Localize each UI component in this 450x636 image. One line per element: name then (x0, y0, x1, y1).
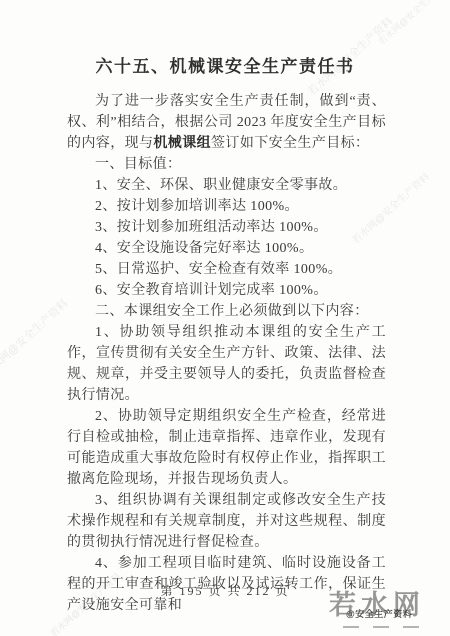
paragraph: 1、协助领导组织推动本课组的安全生产工作，宣传贯彻有关安全生产方针、政策、法律、… (67, 322, 386, 406)
diagonal-watermark: 若水网@安全生产资料 (0, 295, 71, 381)
text-segment: 2、按计划参加培训率达 100%。 (95, 199, 299, 214)
text-segment: 2、协助领导定期组织安全生产检查，经常进行自检或抽检，制止违章指挥、违章作业，发… (67, 409, 386, 487)
paragraph: 3、按计划参加班组活动率达 100%。 (67, 217, 386, 238)
text-segment: 3、按计划参加班组活动率达 100%。 (95, 220, 328, 235)
watermark-logo-dashes (343, 626, 419, 628)
bold-text-segment: 机械课组 (153, 136, 211, 151)
text-segment: 4、安全设施设备完好率达 100%。 (95, 241, 313, 256)
paragraph: 3、组织协调有关课组制定或修改安全生产技术操作规程和有关规章制度，并对这些规程、… (67, 490, 386, 553)
paragraph: 一、目标值： (67, 154, 386, 175)
text-segment: 1、安全、环保、职业健康安全零事故。 (95, 178, 347, 193)
paragraph: 5、日常巡护、安全检查有效率 100%。 (67, 259, 386, 280)
text-segment: 二、本课组安全工作上必须做到以下内容： (95, 304, 369, 319)
text-segment: 一、目标值： (95, 157, 181, 172)
document-page: 若水网@安全生产资料 若水网@安全生产资料 若水网@安全生产资料 若水网@安全生… (0, 0, 450, 636)
document-body: 为了进一步落实安全生产责任制，做到“责、权、利”相结合，根据公司 2023 年度… (67, 91, 386, 616)
paragraph: 4、安全设施设备完好率达 100%。 (67, 238, 386, 259)
page-title: 六十五、机械课安全生产责任书 (55, 52, 395, 77)
watermark-logo: 若水网 @安全生产资料 (329, 590, 447, 628)
paragraph: 二、本课组安全工作上必须做到以下内容： (67, 301, 386, 322)
text-segment: 签订如下安全生产目标： (211, 136, 369, 151)
text-segment: 3、组织协调有关课组制定或修改安全生产技术操作规程和有关规章制度，并对这些规程、… (67, 493, 386, 550)
diagonal-watermark: 若水网@安全生产资料 (375, 0, 450, 47)
text-segment: 6、安全教育培训计划完成率 100%。 (95, 283, 328, 298)
watermark-logo-overlay-text: @安全生产资料 (346, 607, 412, 620)
text-segment: 1、协助领导组织推动本课组的安全生产工作，宣传贯彻有关安全生产方针、政策、法律、… (67, 325, 386, 403)
text-segment: 5、日常巡护、安全检查有效率 100%。 (95, 262, 342, 277)
paragraph: 为了进一步落实安全生产责任制，做到“责、权、利”相结合，根据公司 2023 年度… (67, 91, 386, 154)
paragraph: 6、安全教育培训计划完成率 100%。 (67, 280, 386, 301)
paragraph: 1、安全、环保、职业健康安全零事故。 (67, 175, 386, 196)
paragraph: 2、协助领导定期组织安全生产检查，经常进行自检或抽检，制止违章指挥、违章作业，发… (67, 406, 386, 490)
paragraph: 2、按计划参加培训率达 100%。 (67, 196, 386, 217)
